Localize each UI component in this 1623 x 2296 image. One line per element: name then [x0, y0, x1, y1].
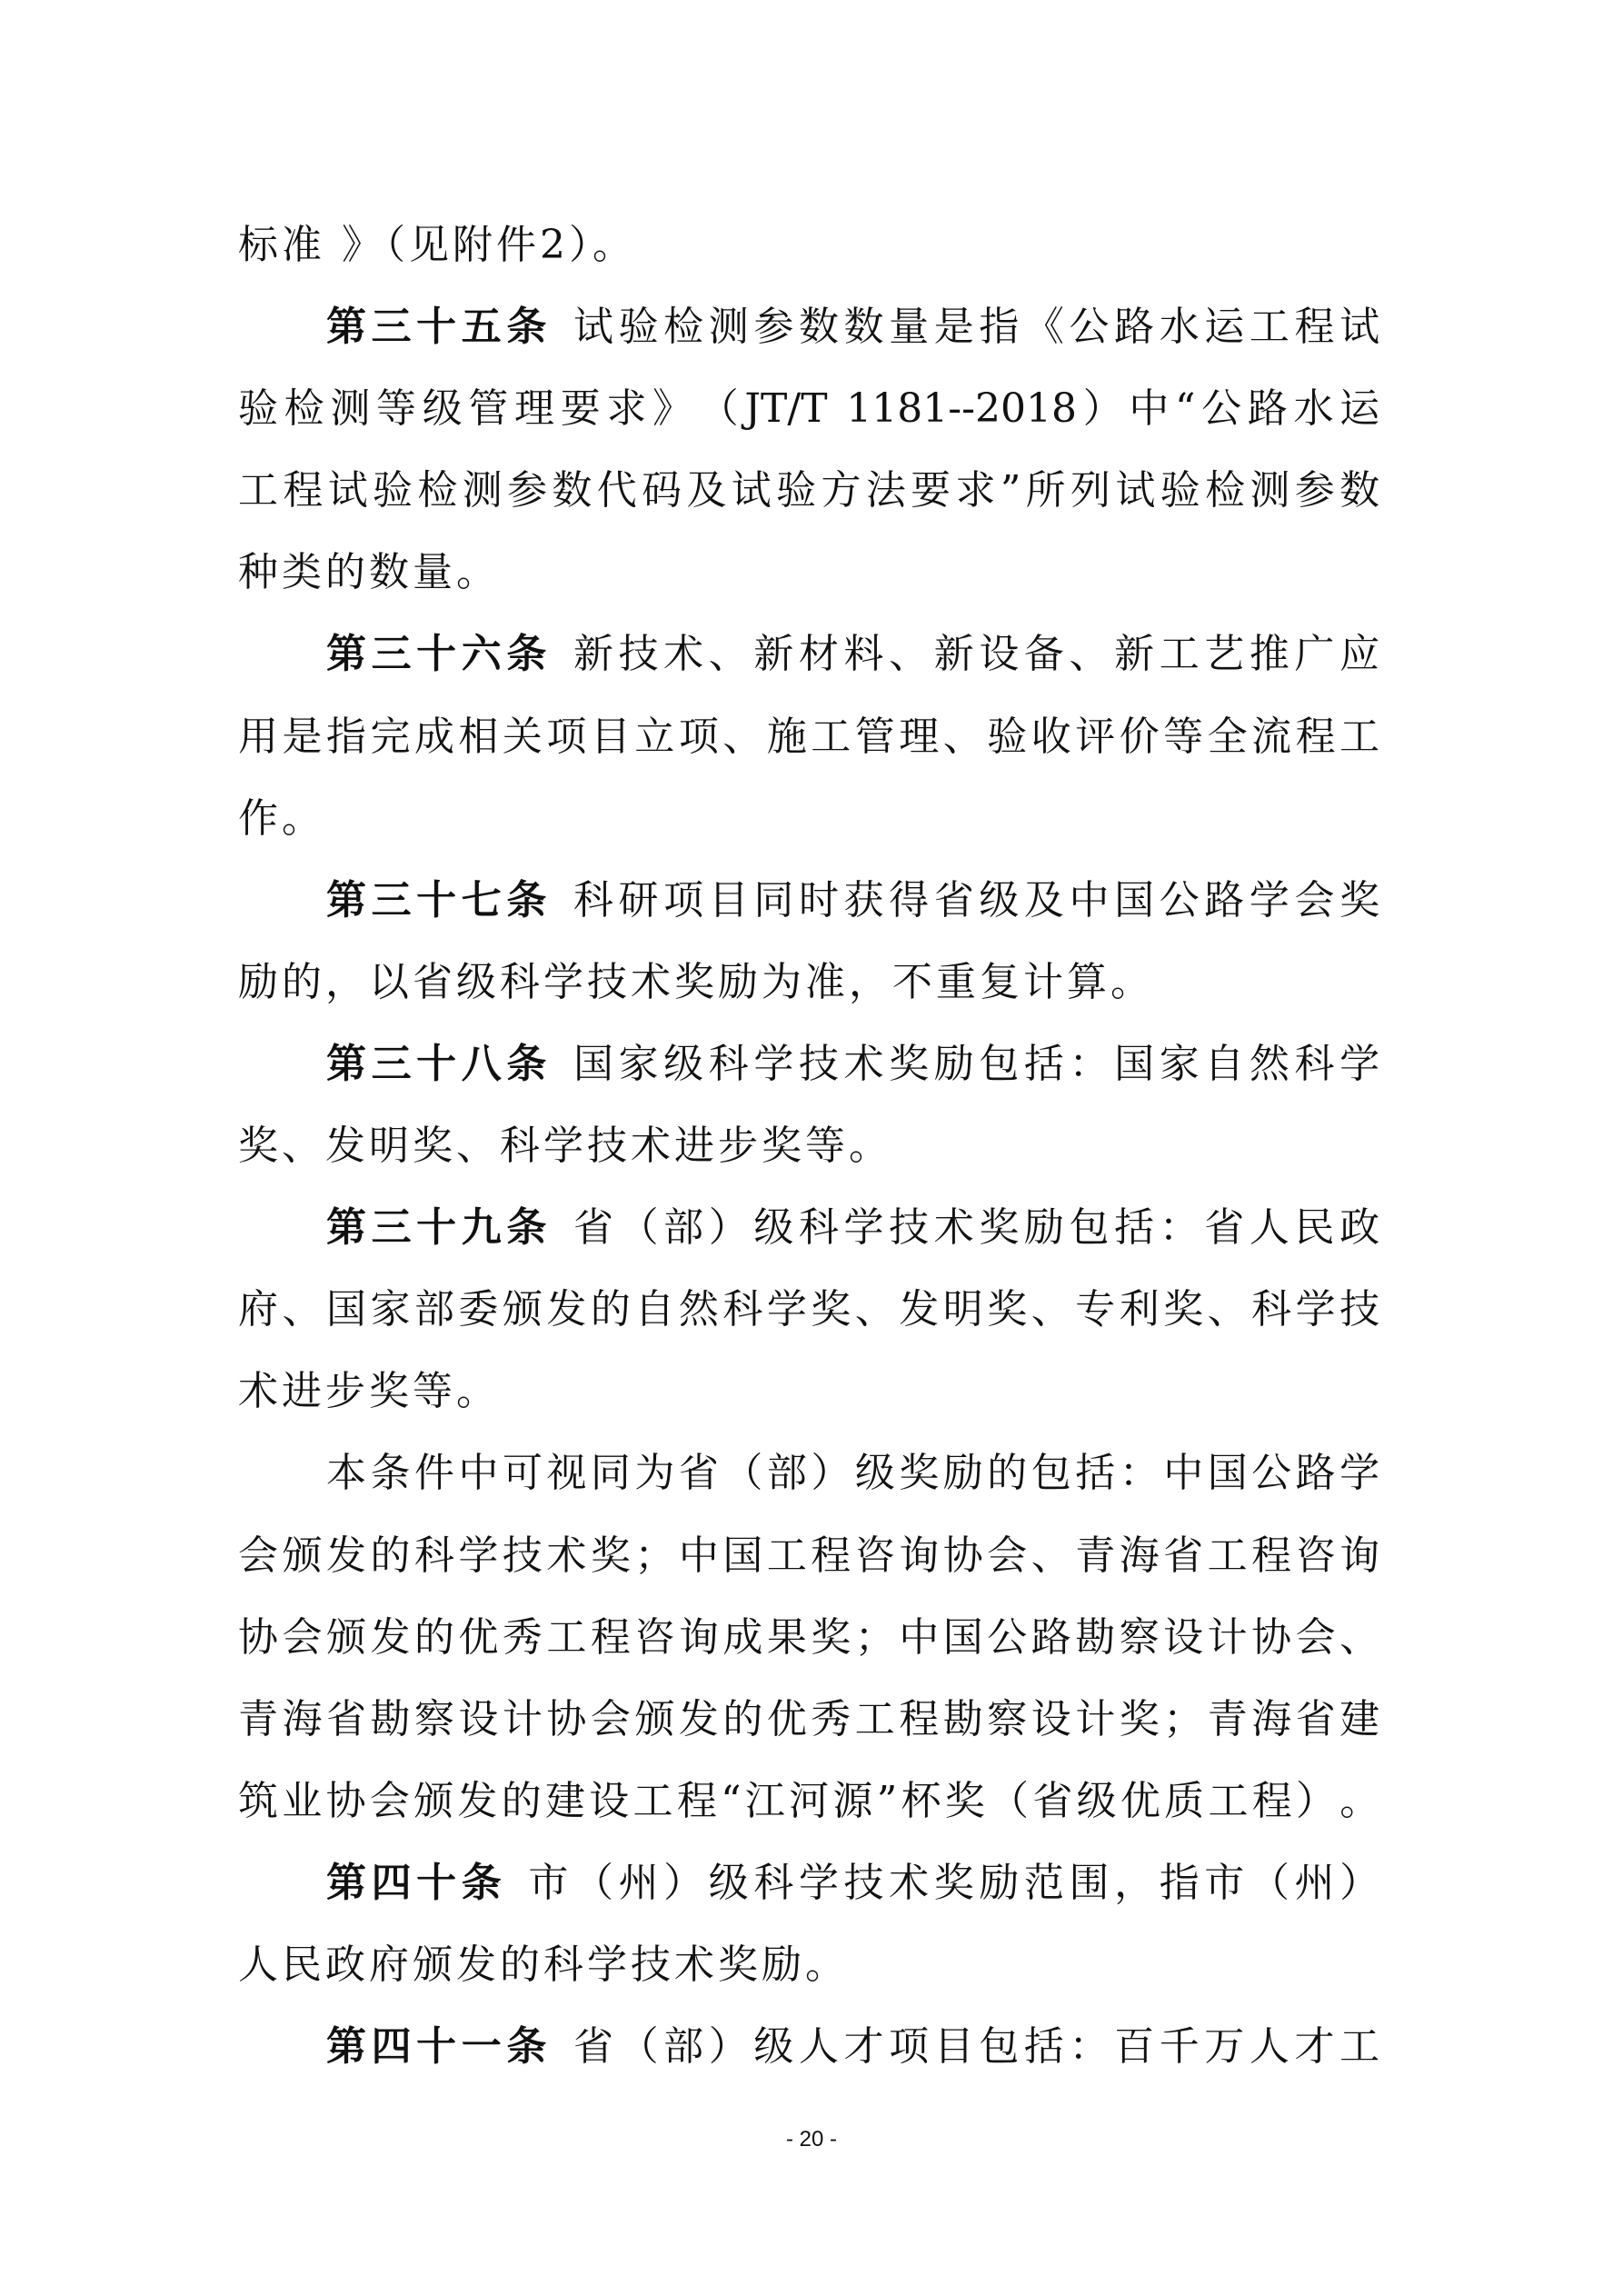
- line-text: 奖、发明奖、科学技术进步奖等。: [238, 1123, 892, 1169]
- text-line: 验​检​测​等​级​管​理​要​求​》​（​J​T​/​T​ ​1​1​8​1​…: [238, 368, 1379, 450]
- article-number: 第三十五条: [326, 304, 552, 350]
- text-line: 励的，以省级科学技术奖励为准，不重复计算。: [238, 942, 1379, 1023]
- line-text: 新​技​术​、​新​材​料​、​新​设​备​、​新​工​艺​推​广​应: [573, 631, 1379, 677]
- line-text: 会​颁​发​的​科​学​技​术​奖​；​中​国​工​程​咨​询​协​会​、​青​…: [238, 1532, 1379, 1579]
- article-number: 第四十条: [326, 1860, 506, 1906]
- line-text: 协​会​颁​发​的​优​秀​工​程​咨​询​成​果​奖​；​中​国​公​路​勘​…: [238, 1614, 1379, 1661]
- line-text: 验​检​测​等​级​管​理​要​求​》​（​J​T​/​T​ ​1​1​8​1​…: [238, 385, 1379, 432]
- line-text: 种类的数量。: [238, 549, 500, 595]
- line-text: 省​（​部​）​级​人​才​项​目​包​括​：​百​千​万​人​才​工: [573, 2023, 1379, 2070]
- text-line: 人民政府颁发的科学技术奖励。: [238, 1924, 1379, 2006]
- article-heading-line: 第四十一条省​（​部​）​级​人​才​项​目​包​括​：​百​千​万​人​才​工: [238, 2006, 1379, 2088]
- line-text: 术进步奖等。: [238, 1368, 500, 1414]
- line-text: 人民政府颁发的科学技术奖励。: [238, 1942, 849, 1988]
- line-text: 省​（​部​）​级​科​学​技​术​奖​励​包​括​：​省​人​民​政: [573, 1204, 1379, 1251]
- text-line: 筑​业​协​会​颁​发​的​建​设​工​程​“​江​河​源​”​杯​奖​（​省​…: [238, 1761, 1379, 1842]
- text-line: 用​是​指​完​成​相​关​项​目​立​项​、​施​工​管​理​、​验​收​评​…: [238, 696, 1379, 778]
- line-text: 市​（​州​）​级​科​学​技​术​奖​励​范​围​，​指​市​（​州​）: [528, 1860, 1379, 1906]
- article-heading-line: 第三十五条试​验​检​测​参​数​数​量​是​指​《​公​路​水​运​工​程​试: [238, 286, 1379, 368]
- line-text: 青​海​省​勘​察​设​计​协​会​颁​发​的​优​秀​工​程​勘​察​设​计​…: [238, 1696, 1379, 1742]
- document-body: 标准 》（见附件2）。 第三十五条试​验​检​测​参​数​数​量​是​指​《​公…: [238, 205, 1379, 2088]
- text-line: 作。: [238, 778, 1379, 860]
- article-heading-line: 第三十六条新​技​术​、​新​材​料​、​新​设​备​、​新​工​艺​推​广​应: [238, 614, 1379, 695]
- line-text: 府​、​国​家​部​委​颁​发​的​自​然​科​学​奖​、​发​明​奖​、​专​…: [238, 1286, 1379, 1333]
- article-number: 第三十八条: [326, 1041, 552, 1087]
- paragraph-start-line: 本​条​件​中​可​视​同​为​省​（​部​）​级​奖​励​的​包​括​：​中​…: [238, 1433, 1379, 1514]
- text-line: 奖、发明奖、科学技术进步奖等。: [238, 1105, 1379, 1187]
- page-number: - 20 -: [0, 2127, 1623, 2152]
- text-line: 标准 》（见附件2）。: [238, 205, 1379, 286]
- text-line: 协​会​颁​发​的​优​秀​工​程​咨​询​成​果​奖​；​中​国​公​路​勘​…: [238, 1597, 1379, 1679]
- article-number: 第三十六条: [326, 631, 552, 677]
- line-text: 科​研​项​目​同​时​获​得​省​级​及​中​国​公​路​学​会​奖: [573, 877, 1379, 923]
- line-text: 用​是​指​完​成​相​关​项​目​立​项​、​施​工​管​理​、​验​收​评​…: [238, 714, 1379, 760]
- line-text: 励的，以省级科学技术奖励为准，不重复计算。: [238, 959, 1154, 1005]
- article-number: 第四十一条: [326, 2023, 552, 2070]
- line-text: 作。: [238, 795, 325, 842]
- article-heading-line: 第四十条市​（​州​）​级​科​学​技​术​奖​励​范​围​，​指​市​（​州​…: [238, 1842, 1379, 1924]
- article-heading-line: 第三十七条科​研​项​目​同​时​获​得​省​级​及​中​国​公​路​学​会​奖: [238, 860, 1379, 942]
- text-line: 青​海​省​勘​察​设​计​协​会​颁​发​的​优​秀​工​程​勘​察​设​计​…: [238, 1679, 1379, 1761]
- text-line: 种类的数量。: [238, 532, 1379, 614]
- article-heading-line: 第三十八条国​家​级​科​学​技​术​奖​励​包​括​：​国​家​自​然​科​学: [238, 1023, 1379, 1105]
- article-number: 第三十七条: [326, 877, 552, 923]
- text-line: 工​程​试​验​检​测​参​数​代​码​及​试​验​方​法​要​求​”​所​列​…: [238, 450, 1379, 532]
- line-text: 标准 》（见附件2）。: [238, 222, 636, 268]
- line-text: 国​家​级​科​学​技​术​奖​励​包​括​：​国​家​自​然​科​学: [573, 1041, 1379, 1087]
- text-line: 术进步奖等。: [238, 1351, 1379, 1433]
- line-text: 本​条​件​中​可​视​同​为​省​（​部​）​级​奖​励​的​包​括​：​中​…: [326, 1450, 1379, 1496]
- article-number: 第三十九条: [326, 1204, 552, 1251]
- document-page: 标准 》（见附件2）。 第三十五条试​验​检​测​参​数​数​量​是​指​《​公…: [0, 0, 1623, 2296]
- text-line: 府​、​国​家​部​委​颁​发​的​自​然​科​学​奖​、​发​明​奖​、​专​…: [238, 1269, 1379, 1351]
- line-text: 筑​业​协​会​颁​发​的​建​设​工​程​“​江​河​源​”​杯​奖​（​省​…: [238, 1778, 1379, 1824]
- text-line: 会​颁​发​的​科​学​技​术​奖​；​中​国​工​程​咨​询​协​会​、​青​…: [238, 1515, 1379, 1597]
- line-text: 试​验​检​测​参​数​数​量​是​指​《​公​路​水​运​工​程​试: [573, 304, 1379, 350]
- article-heading-line: 第三十九条省​（​部​）​级​科​学​技​术​奖​励​包​括​：​省​人​民​政: [238, 1187, 1379, 1269]
- line-text: 工​程​试​验​检​测​参​数​代​码​及​试​验​方​法​要​求​”​所​列​…: [238, 467, 1379, 514]
